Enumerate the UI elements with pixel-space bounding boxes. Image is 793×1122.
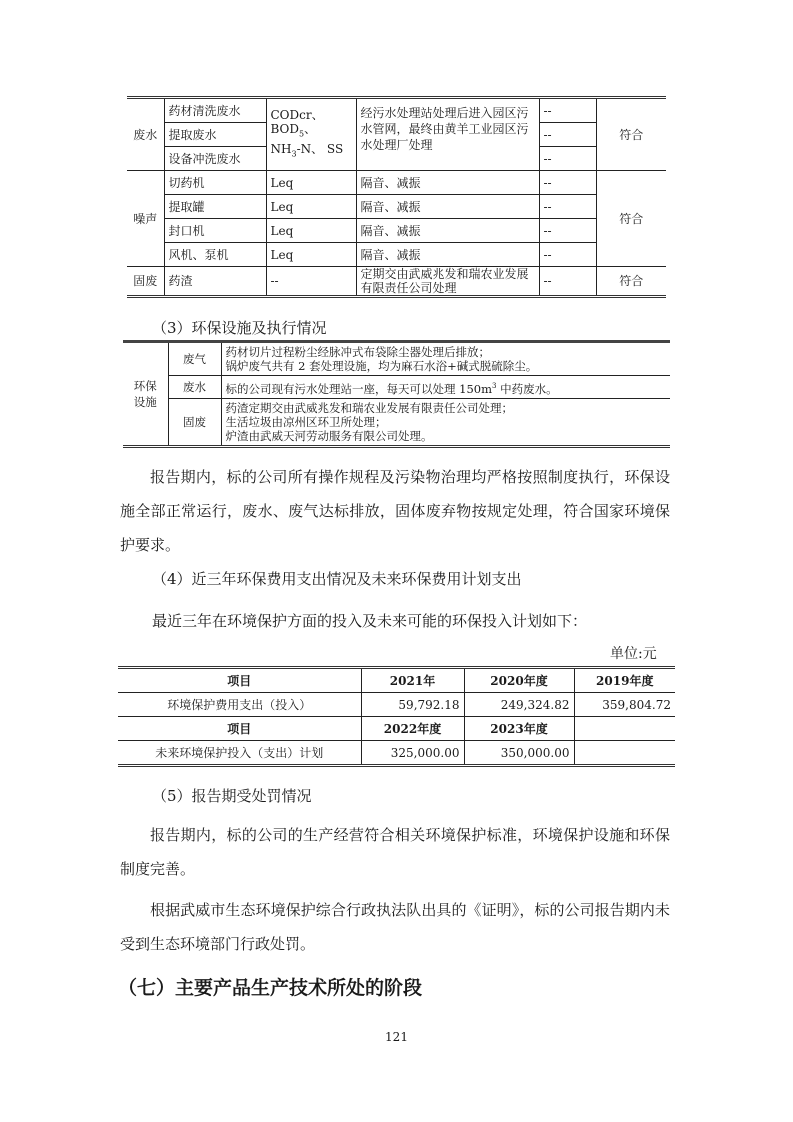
value-cell: 325,000.00	[361, 741, 464, 766]
header-cell: 2019年度	[574, 668, 675, 693]
table-row: 废水 药材清洗废水 CODcr、BOD5、 NH3-N、 SS 经污水处理站处理…	[127, 98, 666, 123]
category-cell: 噪声	[127, 171, 164, 267]
pollutant-cell: Leq	[266, 171, 356, 195]
value-cell: --	[539, 123, 596, 147]
value-cell: --	[539, 147, 596, 171]
measure-cell: 隔音、减振	[356, 243, 539, 267]
environmental-expense-table: 项目 2021年 2020年度 2019年度 环境保护费用支出（投入） 59,7…	[118, 666, 675, 767]
table-row: 固废 药渣 -- 定期交由武威兆发和瑞农业发展有限责任公司处理 -- 符合	[127, 267, 666, 297]
section-4-title: （4）近三年环保费用支出情况及未来环保费用计划支出	[152, 568, 522, 589]
pollution-control-table: 废水 药材清洗废水 CODcr、BOD5、 NH3-N、 SS 经污水处理站处理…	[127, 96, 666, 298]
header-cell: 项目	[118, 717, 361, 741]
table-header-row: 项目 2021年 2020年度 2019年度	[118, 668, 675, 693]
pollutant-text: -N、 SS	[297, 142, 344, 156]
pollutant-text: NH	[271, 142, 292, 156]
header-cell: 项目	[118, 668, 361, 693]
category-cell: 废水	[127, 98, 164, 171]
category-cell: 固废	[127, 267, 164, 297]
table-row: 提取罐 Leq 隔音、减振 --	[127, 195, 666, 219]
result-cell: 符合	[596, 267, 666, 297]
measure-cell: 隔音、减振	[356, 195, 539, 219]
value-cell	[574, 741, 675, 766]
pollutant-cell: Leq	[266, 243, 356, 267]
value-cell: 249,324.82	[464, 693, 574, 717]
section-3-title: （3）环保设施及执行情况	[152, 317, 327, 338]
facilities-table: 环保设施 废气 药材切片过程粉尘经脉冲式布袋除尘器处理后排放； 锅炉废气共有 2…	[123, 340, 670, 448]
type-cell: 固废	[168, 399, 221, 447]
value-cell: 359,804.72	[574, 693, 675, 717]
result-cell: 符合	[596, 171, 666, 267]
type-cell: 废水	[168, 376, 221, 399]
measure-cell: 隔音、减振	[356, 171, 539, 195]
value-cell: --	[539, 171, 596, 195]
source-cell: 提取罐	[164, 195, 266, 219]
description-text: 标的公司现有污水处理站一座，每天可以处理 150m	[226, 381, 493, 395]
section-5-title: （5）报告期受处罚情况	[152, 785, 312, 806]
table-row: 封口机 Leq 隔音、减振 --	[127, 219, 666, 243]
result-cell: 符合	[596, 98, 666, 171]
header-cell: 2023年度	[464, 717, 574, 741]
pollutant-cell: Leq	[266, 219, 356, 243]
pollutant-cell: Leq	[266, 195, 356, 219]
description-line: 药渣定期交由武威兆发和瑞农业发展有限责任公司处理；	[226, 401, 667, 415]
source-cell: 提取废水	[164, 123, 266, 147]
source-cell: 设备冲洗废水	[164, 147, 266, 171]
unit-label: 单位:元	[610, 643, 657, 663]
table-row: 噪声 切药机 Leq 隔音、减振 -- 符合	[127, 171, 666, 195]
description-line: 锅炉废气共有 2 套处理设施，均为麻石水浴+碱式脱硫除尘。	[226, 359, 667, 373]
type-cell: 废气	[168, 342, 221, 376]
item-cell: 未来环境保护投入（支出）计划	[118, 741, 361, 766]
section-4-intro: 最近三年在环境保护方面的投入及未来可能的环保投入计划如下：	[152, 610, 587, 631]
section-5-paragraph-1: 报告期内，标的公司的生产经营符合相关环境保护标准，环境保护设施和环保制度完善。	[120, 818, 670, 886]
description-text: 中药废水。	[496, 381, 557, 395]
source-cell: 风机、泵机	[164, 243, 266, 267]
measure-cell: 定期交由武威兆发和瑞农业发展有限责任公司处理	[356, 267, 539, 297]
pollutant-cell: --	[266, 267, 356, 297]
header-cell: 2020年度	[464, 668, 574, 693]
source-cell: 药渣	[164, 267, 266, 297]
description-cell: 标的公司现有污水处理站一座，每天可以处理 150m3 中药废水。	[221, 376, 670, 399]
table-row: 环境保护费用支出（投入） 59,792.18 249,324.82 359,80…	[118, 693, 675, 717]
table-row: 固废 药渣定期交由武威兆发和瑞农业发展有限责任公司处理； 生活垃圾由凉州区环卫所…	[123, 399, 670, 447]
table-header-row: 项目 2022年度 2023年度	[118, 717, 675, 741]
source-cell: 封口机	[164, 219, 266, 243]
table-row: 废水 标的公司现有污水处理站一座，每天可以处理 150m3 中药废水。	[123, 376, 670, 399]
description-cell: 药渣定期交由武威兆发和瑞农业发展有限责任公司处理； 生活垃圾由凉州区环卫所处理；…	[221, 399, 670, 447]
pollutant-cell: CODcr、BOD5、 NH3-N、 SS	[266, 98, 356, 171]
source-cell: 药材清洗废水	[164, 98, 266, 123]
header-cell: 2022年度	[361, 717, 464, 741]
measure-cell: 经污水处理站处理后进入园区污水管网，最终由黄羊工业园区污水处理厂处理	[356, 98, 539, 171]
description-line: 炉渣由武威天河劳动服务有限公司处理。	[226, 429, 667, 443]
table-row: 环保设施 废气 药材切片过程粉尘经脉冲式布袋除尘器处理后排放； 锅炉废气共有 2…	[123, 342, 670, 376]
measure-cell: 隔音、减振	[356, 219, 539, 243]
description-cell: 药材切片过程粉尘经脉冲式布袋除尘器处理后排放； 锅炉废气共有 2 套处理设施，均…	[221, 342, 670, 376]
value-cell: 59,792.18	[361, 693, 464, 717]
description-line: 药材切片过程粉尘经脉冲式布袋除尘器处理后排放；	[226, 345, 667, 359]
value-cell: 350,000.00	[464, 741, 574, 766]
facility-label-cell: 环保设施	[123, 342, 168, 447]
header-cell	[574, 717, 675, 741]
section-5-paragraph-2: 根据武威市生态环境保护综合行政执法队出具的《证明》，标的公司报告期内未受到生态环…	[120, 893, 670, 961]
value-cell: --	[539, 243, 596, 267]
facility-label: 环保设施	[132, 378, 158, 410]
section-3-paragraph: 报告期内，标的公司所有操作规程及污染物治理均严格按照制度执行，环保设施全部正常运…	[120, 460, 670, 562]
header-cell: 2021年	[361, 668, 464, 693]
source-cell: 切药机	[164, 171, 266, 195]
page-number: 121	[0, 1030, 793, 1044]
item-cell: 环境保护费用支出（投入）	[118, 693, 361, 717]
value-cell: --	[539, 98, 596, 123]
value-cell: --	[539, 267, 596, 297]
value-cell: --	[539, 195, 596, 219]
description-line: 生活垃圾由凉州区环卫所处理；	[226, 415, 667, 429]
table-row: 风机、泵机 Leq 隔音、减振 --	[127, 243, 666, 267]
value-cell: --	[539, 219, 596, 243]
table-row: 未来环境保护投入（支出）计划 325,000.00 350,000.00	[118, 741, 675, 766]
pollutant-text: 、	[304, 122, 316, 136]
section-7-heading: （七）主要产品生产技术所处的阶段	[118, 973, 422, 1000]
